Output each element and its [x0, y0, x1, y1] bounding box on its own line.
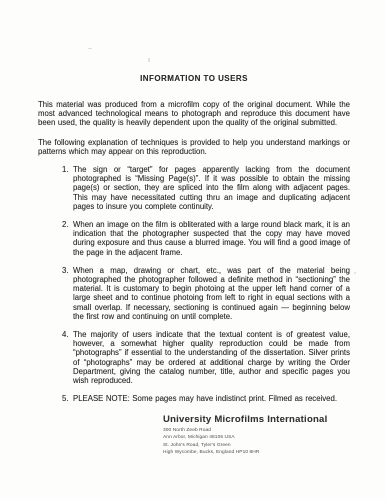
- numbered-list: 1. The sign or “target” for pages appare…: [38, 165, 350, 403]
- intro-paragraph-1: This material was produced from a microf…: [38, 100, 350, 128]
- list-item: 2. When an image on the film is oblitera…: [38, 220, 350, 257]
- publisher-address-line: Ann Arbor, Michigan 48106 USA: [163, 435, 350, 441]
- list-item-number: 3.: [62, 266, 73, 321]
- publisher-address-line: High Wycombe, Bucks, England HP10 8HR: [163, 450, 350, 456]
- list-item: 5. PLEASE NOTE: Some pages may have indi…: [38, 394, 350, 403]
- publisher-footer: University Microfilms International 300 …: [163, 414, 350, 456]
- list-item-number: 4.: [62, 330, 73, 385]
- list-item-number: 1.: [62, 165, 73, 211]
- intro-paragraph-2: The following explanation of techniques …: [38, 138, 350, 156]
- list-item-text: The sign or “target” for pages apparentl…: [73, 165, 350, 211]
- list-item-number: 5.: [62, 394, 73, 403]
- list-item-text: When a map, drawing or chart, etc., was …: [73, 266, 350, 321]
- scan-artifact-dash: [88, 48, 92, 49]
- list-item-text: PLEASE NOTE: Some pages may have indisti…: [73, 394, 350, 403]
- scan-artifact-tick: [148, 58, 150, 62]
- list-item-text: When an image on the film is obliterated…: [73, 220, 350, 257]
- list-item: 4. The majority of users indicate that t…: [38, 330, 350, 385]
- publisher-name: University Microfilms International: [163, 414, 350, 425]
- page-title: INFORMATION TO USERS: [38, 74, 350, 83]
- list-item-text: The majority of users indicate that the …: [73, 330, 350, 385]
- list-item: 1. The sign or “target” for pages appare…: [38, 165, 350, 211]
- scan-artifact-speck: [354, 272, 356, 274]
- list-item-number: 2.: [62, 220, 73, 257]
- list-item: 3. When a map, drawing or chart, etc., w…: [38, 266, 350, 321]
- document-page: INFORMATION TO USERS This material was p…: [0, 0, 386, 500]
